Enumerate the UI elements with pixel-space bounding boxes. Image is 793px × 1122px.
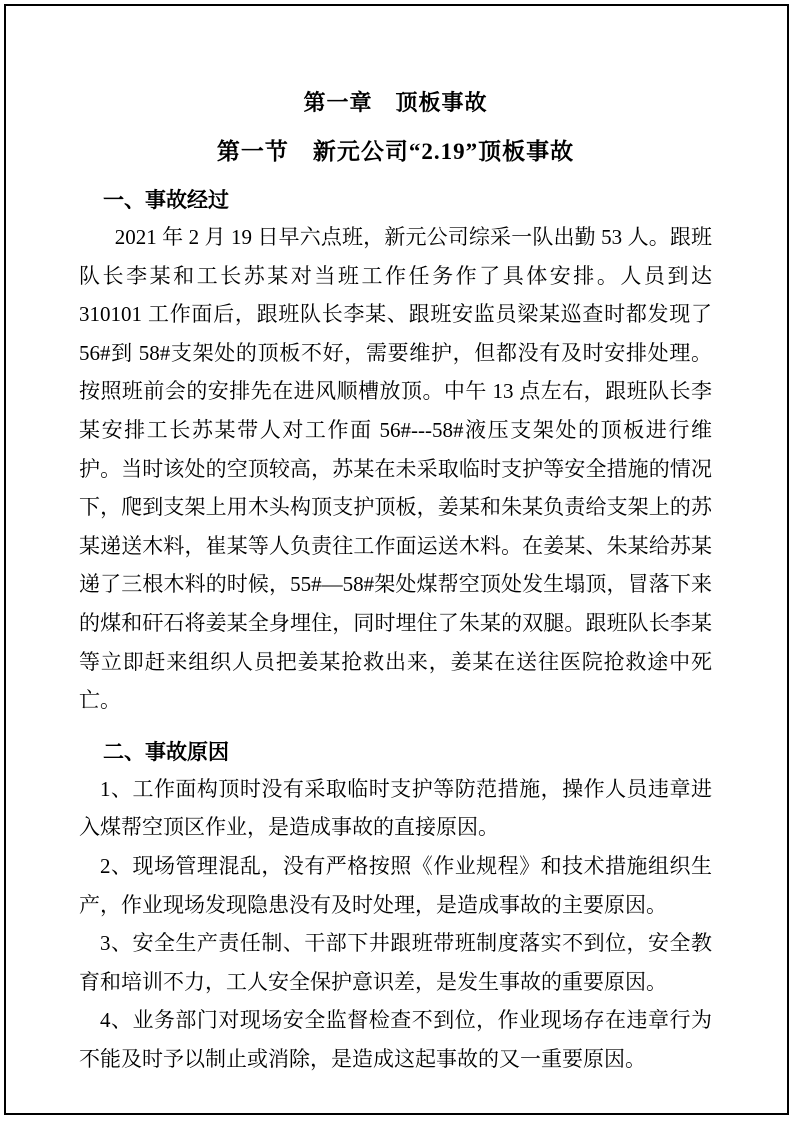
paragraph-cause-2: 2、现场管理混乱，没有严格按照《作业规程》和技术措施组织生产，作业现场发现隐患没… xyxy=(79,847,712,924)
paragraph-accident-process: 2021 年 2 月 19 日早六点班，新元公司综采一队出勤 53 人。跟班队长… xyxy=(79,218,712,720)
paragraph-cause-4: 4、业务部门对现场安全监督检查不到位，作业现场存在违章行为不能及时予以制止或消除… xyxy=(79,1001,712,1078)
paragraph-cause-3: 3、安全生产责任制、干部下井跟班带班制度落实不到位，安全教育和培训不力，工人安全… xyxy=(79,924,712,1001)
heading-accident-causes: 二、事故原因 xyxy=(103,734,712,770)
document-page: 第一章 顶板事故 第一节 新元公司“2.19”顶板事故 一、事故经过 2021 … xyxy=(0,0,793,1122)
heading-accident-process: 一、事故经过 xyxy=(103,182,712,218)
chapter-title: 第一章 顶板事故 xyxy=(79,88,712,118)
section-title: 第一节 新元公司“2.19”顶板事故 xyxy=(79,136,712,168)
paragraph-cause-1: 1、工作面构顶时没有采取临时支护等防范措施，操作人员违章进入煤帮空顶区作业，是造… xyxy=(79,770,712,847)
document-body: 第一章 顶板事故 第一节 新元公司“2.19”顶板事故 一、事故经过 2021 … xyxy=(0,88,793,1078)
